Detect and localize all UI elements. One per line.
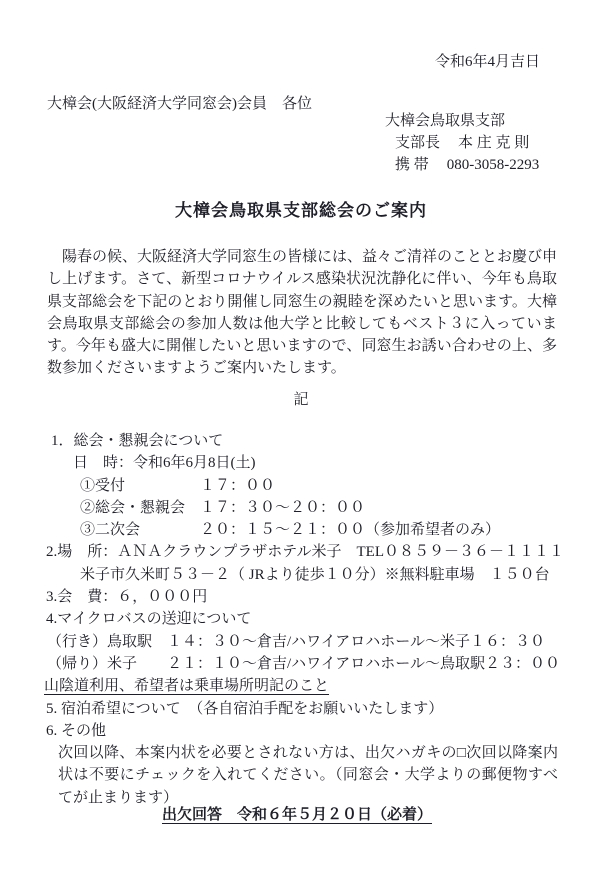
recipient-line: 大樟会(大阪経済大学同窓会)会員 各位 (47, 92, 312, 113)
sender-chief: 支部長本 庄 克 則 (385, 132, 539, 154)
record-marker: 記 (0, 388, 602, 409)
page-title: 大樟会鳥取県支部総会のご案内 (0, 196, 602, 221)
sender-phone: 携 帯080-3058-2293 (385, 154, 539, 176)
notice-line-lodging: 5. 宿泊希望について （各自宿泊手配をお願いいたします） (0, 698, 602, 720)
notice-line-fee: 3.会 費：６，０００円 (0, 586, 602, 608)
notice-line-meeting: ②総会・懇親会 １７：３０～２０：００ (0, 497, 602, 519)
notice-line-afterparty: ③二次会 ２０：１５～２１：００（参加希望者のみ） (0, 519, 602, 541)
sender-branch: 大樟会鳥取県支部 (385, 110, 539, 132)
notice-line-datetime: 日 時：令和6年6月8日(土) (0, 452, 602, 474)
sender-block: 大樟会鳥取県支部 支部長本 庄 克 則 携 帯080-3058-2293 (385, 110, 539, 176)
greeting-paragraph: 陽春の候、大阪経済大学同窓生の皆様には、益々ご清祥のこととお慶び申し上げます。さ… (47, 246, 557, 380)
notice-line-bus-outbound: （行き）鳥取駅 １４：３０～倉吉/ハワイアロハホール～米子１６：３０ (0, 631, 602, 653)
notice-line-bus: 4.マイクロバスの送迎について (0, 608, 602, 630)
notice-line-address: 米子市久米町５３－２（ JRより徒歩１０分）※無料駐車場 １５０台 (0, 564, 602, 586)
notice-line-venue: 2.場 所：ＡＮＡクラウンプラザホテル米子 TEL０８５９－３６－１１１１ (0, 541, 602, 563)
reply-deadline: 出欠回答 令和６年５月２０日（必着） (0, 803, 602, 824)
letter-page: 令和6年4月吉日 大樟会(大阪経済大学同窓会)会員 各位 大樟会鳥取県支部 支部… (0, 0, 602, 871)
notice-line-bus-return: （帰り）米子 ２１：１０～倉吉/ハワイアロハホール～鳥取駅２３：００ (0, 653, 602, 675)
date-line: 令和6年4月吉日 (435, 50, 540, 71)
notice-line-1: 1．総会・懇親会について (0, 430, 602, 452)
notice-list: 1．総会・懇親会について 日 時：令和6年6月8日(土) ①受付 １７：００ ②… (0, 430, 602, 809)
notice-line-reception: ①受付 １７：００ (0, 475, 602, 497)
notice-line-bus-note: 山陰道利用、希望者は乗車場所明記のこと (0, 675, 602, 697)
other-note-paragraph: 次回以降、本案内状を必要とされない方は、出欠ハガキの□次回以降案内状は不要にチェ… (0, 742, 558, 809)
notice-line-other: 6. その他 (0, 720, 602, 742)
